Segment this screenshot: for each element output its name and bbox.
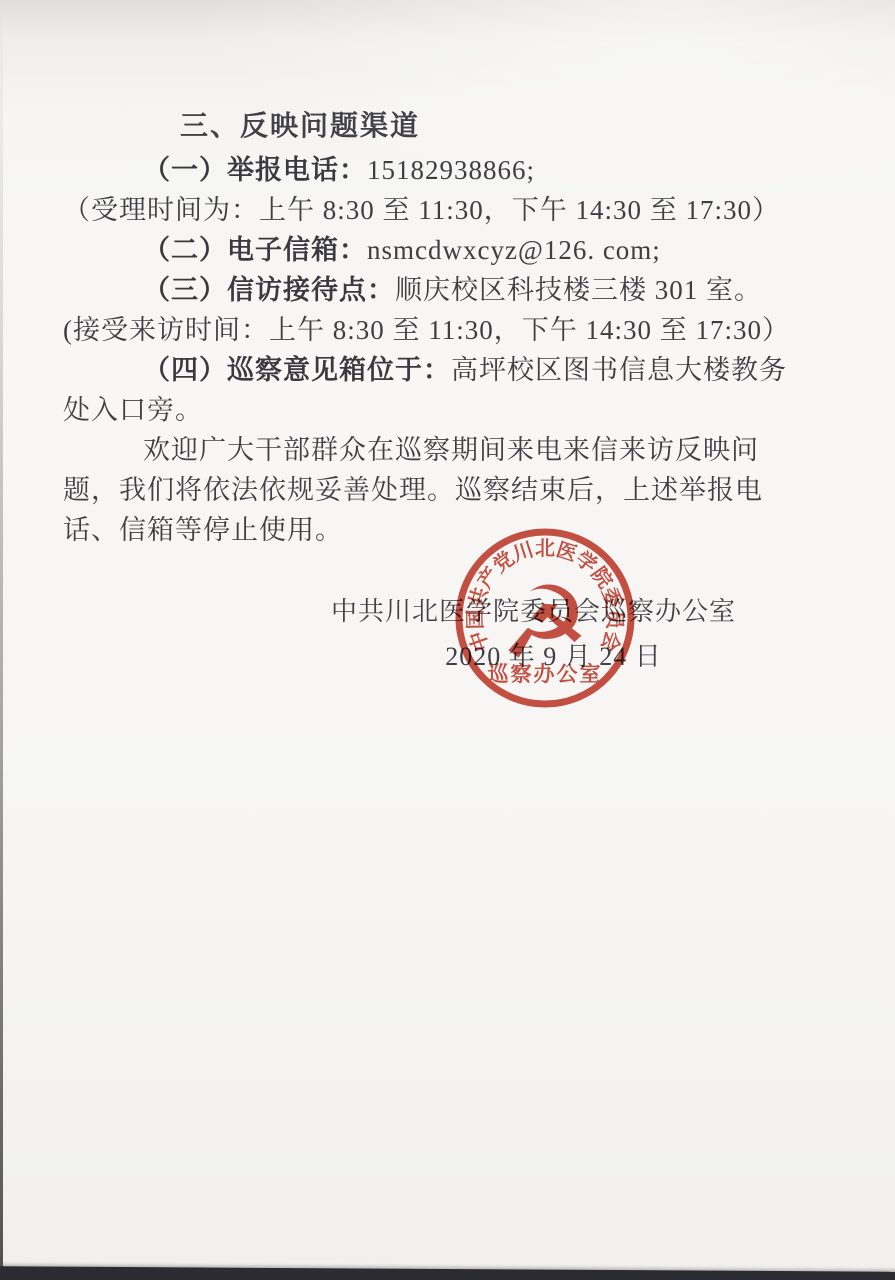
channel-email-label: （二）电子信箱：	[143, 235, 367, 265]
scan-edge-left	[0, 0, 3, 1280]
channel-suggestion-box: （四）巡察意见箱位于：高坪校区图书信息大楼教务处入口旁。	[63, 350, 813, 430]
channel-visit-value: 顺庆校区科技楼三楼 301 室。	[395, 275, 762, 305]
channel-phone-value: 15182938866;	[367, 155, 535, 185]
channel-phone: （一）举报电话：15182938866;	[63, 150, 813, 190]
seal-bottom-text: 巡察办公室	[488, 662, 603, 686]
section-heading: 三、反映问题渠道	[180, 104, 813, 148]
phone-hours-note: （受理时间为：上午 8:30 至 11:30，下午 14:30 至 17:30）	[63, 190, 813, 230]
closing-paragraph: 欢迎广大干部群众在巡察期间来电来信来访反映问题，我们将依法依规妥善处理。巡察结束…	[63, 430, 813, 550]
channel-email: （二）电子信箱：nsmcdwxcyz@126. com;	[63, 230, 813, 270]
notice-body: 三、反映问题渠道 （一）举报电话：15182938866; （受理时间为：上午 …	[63, 104, 813, 550]
channel-phone-label: （一）举报电话：	[143, 155, 367, 185]
channel-visit-label: （三）信访接待点：	[143, 275, 395, 305]
official-seal: 中国共产党川北医学院委员会 ☭ 巡察办公室	[450, 523, 640, 713]
scan-edge-bottom	[0, 1266, 895, 1280]
scanned-notice-page: 三、反映问题渠道 （一）举报电话：15182938866; （受理时间为：上午 …	[0, 0, 895, 1280]
visit-hours-note: (接受来访时间：上午 8:30 至 11:30，下午 14:30 至 17:30…	[63, 310, 813, 350]
channel-suggestion-box-label: （四）巡察意见箱位于：	[143, 355, 451, 385]
channel-email-value: nsmcdwxcyz@126. com;	[367, 235, 661, 265]
channel-visit: （三）信访接待点：顺庆校区科技楼三楼 301 室。	[63, 270, 813, 310]
